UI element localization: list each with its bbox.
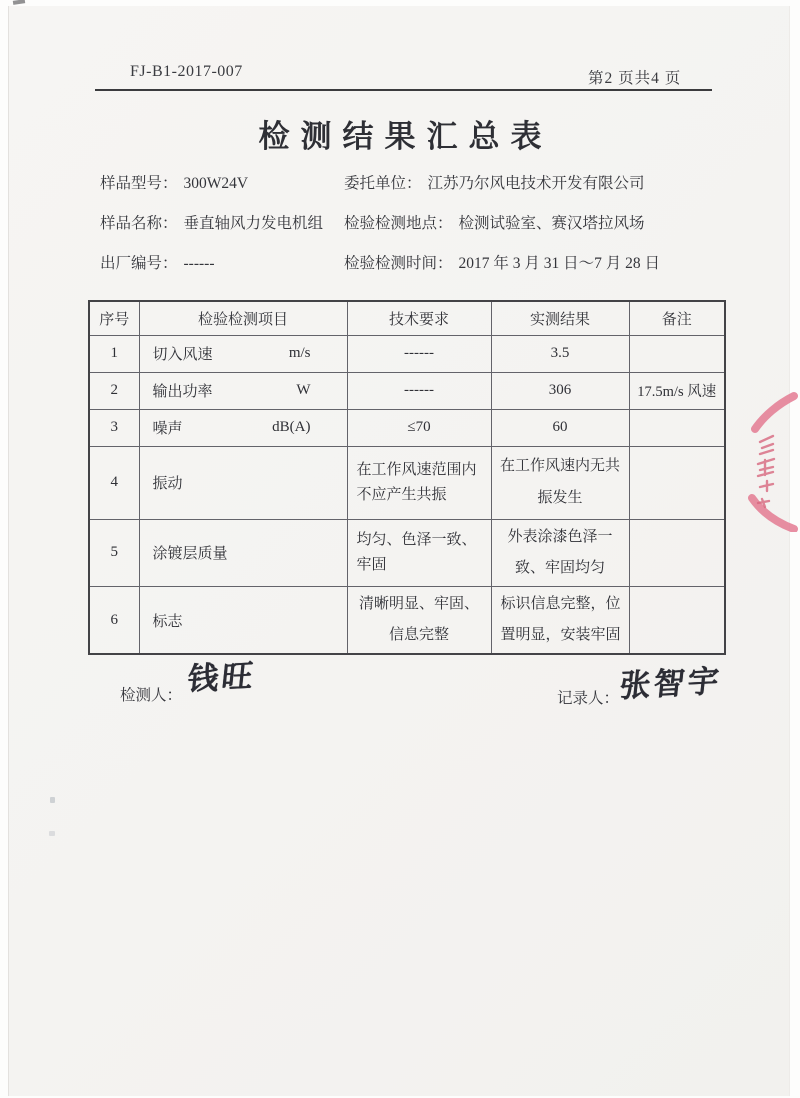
item-unit: W: [296, 382, 310, 399]
item-name: 切入风速: [153, 343, 213, 364]
cell-remark: [629, 446, 725, 519]
header-item: 检验检测项目: [139, 301, 347, 335]
scan-corner-mark: [13, 0, 25, 5]
cell-item: 标志: [139, 586, 347, 654]
cell-requirement: 在工作风速范围内不应产生共振: [347, 446, 491, 519]
item-name: 振动: [153, 472, 183, 493]
cell-result: 标识信息完整，位置明显，安装牢固: [491, 586, 629, 654]
location-label: 检验检测地点：: [344, 215, 453, 232]
client-field: 委托单位：江苏乃尔风电技术开发有限公司: [344, 171, 645, 193]
cell-no: 1: [89, 335, 139, 372]
cell-no: 6: [89, 586, 139, 654]
table-row: 4 振动 在工作风速范围内不应产生共振 在工作风速内无共振发生: [89, 446, 725, 519]
cell-result: 60: [491, 409, 629, 446]
factory-no-label: 出厂编号：: [100, 255, 178, 272]
cell-item: 涂镀层质量: [139, 519, 347, 586]
cell-result: 在工作风速内无共振发生: [491, 446, 629, 519]
scan-speck: [49, 831, 55, 836]
factory-no-value: ------: [184, 255, 215, 272]
item-name: 噪声: [153, 417, 183, 438]
item-name: 输出功率: [153, 380, 213, 401]
cell-result: 外表涂漆色泽一致、牢固均匀: [491, 519, 629, 586]
scan-speck: [50, 797, 55, 803]
time-value: 2017 年 3 月 31 日～7 月 28 日: [459, 255, 661, 272]
header-remark: 备注: [629, 301, 725, 335]
cell-no: 5: [89, 519, 139, 586]
header-result: 实测结果: [491, 301, 629, 335]
cell-remark: 17.5m/s 风速: [629, 372, 725, 409]
cell-requirement: ≤70: [347, 409, 491, 446]
cell-item: 切入风速m/s: [139, 335, 347, 372]
cell-remark: [629, 335, 725, 372]
cell-item: 振动: [139, 446, 347, 519]
sample-model-field: 样品型号：300W24V: [100, 171, 248, 193]
location-field: 检验检测地点：检测试验室、赛汉塔拉风场: [344, 211, 645, 233]
table-row: 1 切入风速m/s ------ 3.5: [89, 335, 725, 372]
cell-remark: [629, 409, 725, 446]
cell-item: 噪声dB(A): [139, 409, 347, 446]
cell-remark: [629, 519, 725, 586]
document-number: FJ-B1-2017-007: [130, 63, 243, 81]
item-name: 涂镀层质量: [153, 542, 228, 563]
tester-signature: 钱旺: [186, 650, 259, 699]
scanned-document-page: FJ-B1-2017-007 第2 页共4 页 检测结果汇总表 样品型号：300…: [0, 0, 800, 1098]
cell-requirement: ------: [347, 335, 491, 372]
table-row: 6 标志 清晰明显、牢固、信息完整 标识信息完整，位置明显，安装牢固: [89, 586, 725, 654]
recorder-label: 记录人：: [557, 686, 619, 708]
cell-item: 输出功率W: [139, 372, 347, 409]
client-label: 委托单位：: [344, 175, 422, 192]
table-header-row: 序号 检验检测项目 技术要求 实测结果 备注: [89, 301, 725, 335]
cell-requirement: 清晰明显、牢固、信息完整: [347, 586, 491, 654]
sample-model-label: 样品型号：: [100, 175, 178, 192]
cell-result: 3.5: [491, 335, 629, 372]
location-value: 检测试验室、赛汉塔拉风场: [459, 215, 645, 232]
cell-result: 306: [491, 372, 629, 409]
header-rule: [95, 89, 712, 91]
header-no: 序号: [89, 301, 139, 335]
cell-no: 2: [89, 372, 139, 409]
sample-name-label: 样品名称：: [100, 215, 178, 232]
page-title: 检测结果汇总表: [0, 111, 800, 156]
cell-requirement: 均匀、色泽一致、牢固: [347, 519, 491, 586]
red-stamp-fragment: [740, 390, 798, 532]
table-row: 5 涂镀层质量 均匀、色泽一致、牢固 外表涂漆色泽一致、牢固均匀: [89, 519, 725, 586]
item-unit: m/s: [289, 345, 311, 362]
cell-remark: [629, 586, 725, 654]
tester-label: 检测人：: [120, 683, 182, 705]
sample-name-value: 垂直轴风力发电机组: [184, 215, 324, 232]
recorder-signature: 张智宇: [618, 655, 725, 706]
cell-no: 3: [89, 409, 139, 446]
time-field: 检验检测时间：2017 年 3 月 31 日～7 月 28 日: [344, 251, 660, 273]
sample-model-value: 300W24V: [184, 175, 249, 192]
client-value: 江苏乃尔风电技术开发有限公司: [428, 175, 645, 192]
results-table: 序号 检验检测项目 技术要求 实测结果 备注 1 切入风速m/s ------ …: [88, 300, 726, 655]
table-row: 3 噪声dB(A) ≤70 60: [89, 409, 725, 446]
item-unit: dB(A): [272, 419, 310, 436]
time-label: 检验检测时间：: [344, 255, 453, 272]
page-indicator: 第2 页共4 页: [588, 66, 681, 88]
header-requirement: 技术要求: [347, 301, 491, 335]
table-row: 2 输出功率W ------ 306 17.5m/s 风速: [89, 372, 725, 409]
item-name: 标志: [153, 610, 183, 631]
cell-requirement: ------: [347, 372, 491, 409]
cell-no: 4: [89, 446, 139, 519]
sample-name-field: 样品名称：垂直轴风力发电机组: [100, 211, 323, 233]
factory-no-field: 出厂编号：------: [100, 251, 215, 273]
